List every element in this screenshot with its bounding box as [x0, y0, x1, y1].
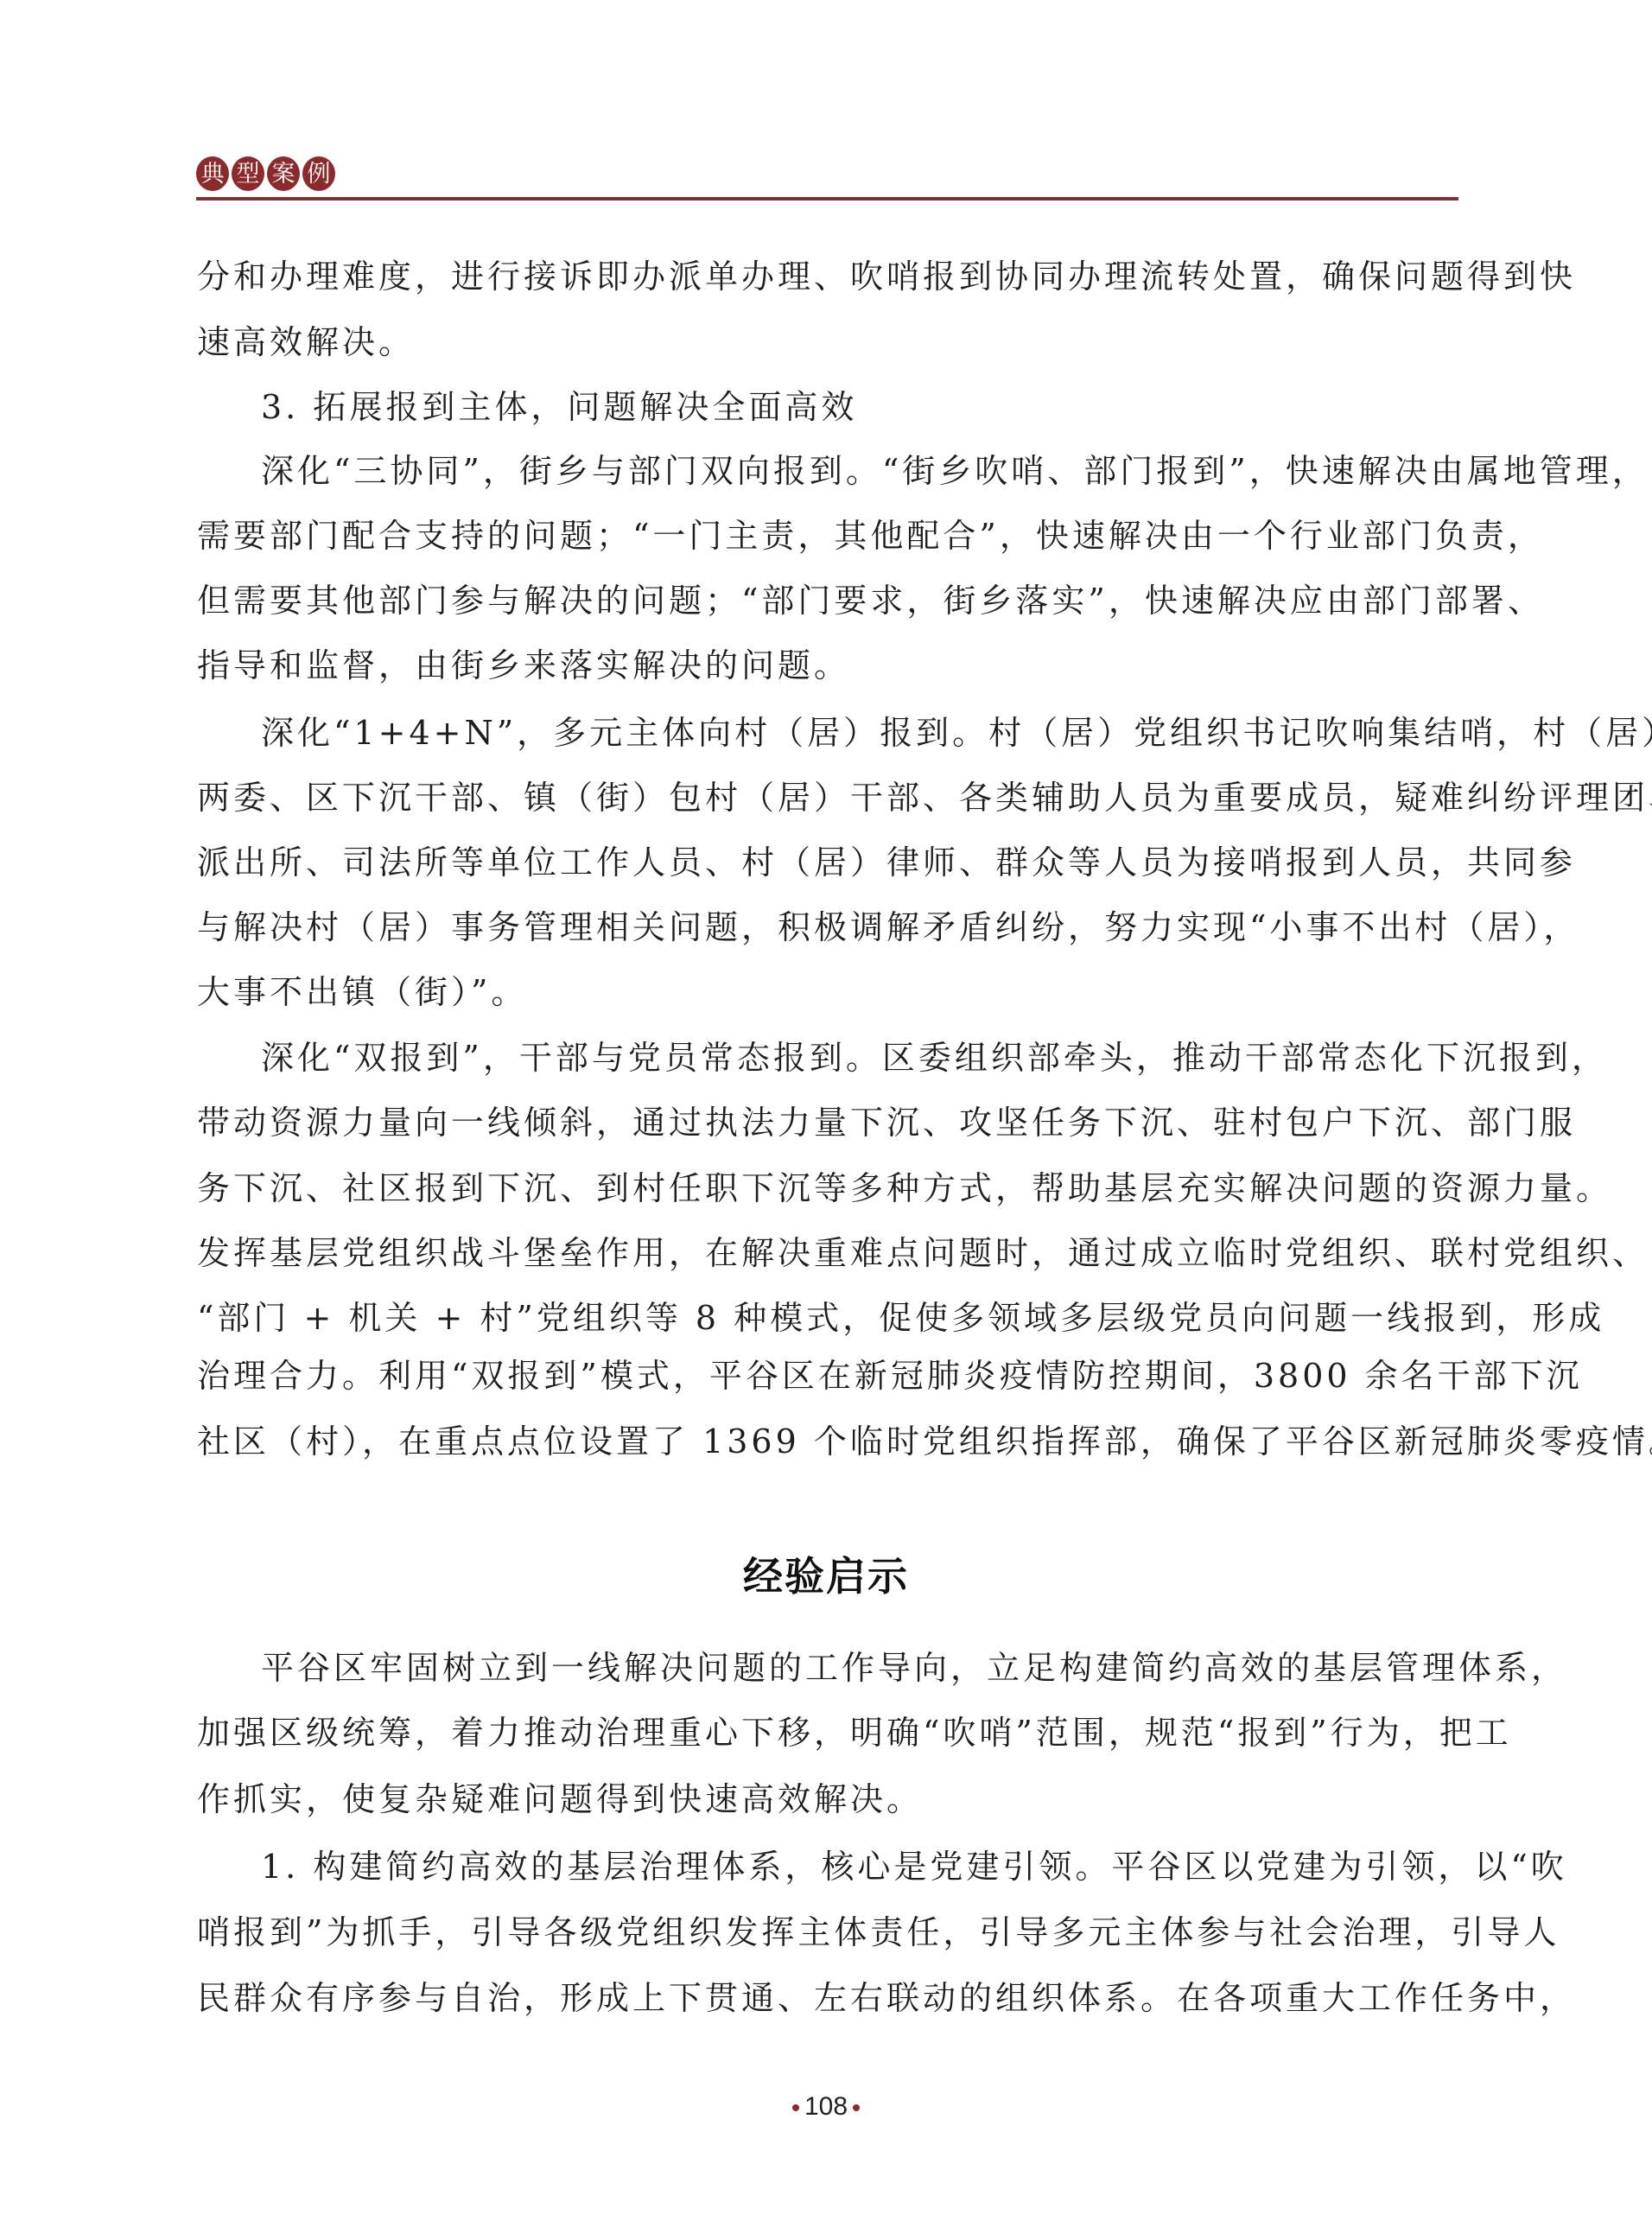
text-line: 大事不出镇（街）”。: [197, 971, 1460, 1013]
text-line: 1. 构建简约高效的基层治理体系，核心是党建引领。平谷区以党建为引领，以“吹: [261, 1846, 1460, 1887]
text-line: 作抓实，使复杂疑难问题得到快速高效解决。: [197, 1779, 1460, 1820]
text-line: 但需要其他部门参与解决的问题；“部门要求，街乡落实”，快速解决应由部门部署、: [197, 580, 1460, 621]
text-line: 3. 拓展报到主体，问题解决全面高效: [261, 386, 1460, 428]
text-line: 社区（村），在重点点位设置了 1369 个临时党组织指挥部，确保了平谷区新冠肺炎…: [197, 1421, 1460, 1462]
text-line: “部门 + 机关 + 村”党组织等 8 种模式，促使多领域多层级党员向问题一线报…: [197, 1297, 1460, 1339]
text-line: 两委、区下沉干部、镇（街）包村（居）干部、各类辅助人员为重要成员，疑难纠纷评理团…: [197, 777, 1460, 818]
section-heading: 经验启示: [0, 1552, 1652, 1600]
text-line: 需要部门配合支持的问题；“一门主责，其他配合”，快速解决由一个行业部门负责，: [197, 515, 1460, 557]
text-line: 指导和监督，由街乡来落实解决的问题。: [197, 645, 1460, 686]
text-line: 民群众有序参与自治，形成上下贯通、左右联动的组织体系。在各项重大工作任务中，: [197, 1977, 1460, 2019]
page-number-text: 108: [804, 2092, 848, 2121]
bullet-dot-icon: [853, 2104, 860, 2111]
text-line: 带动资源力量向一线倾斜，通过执法力量下沉、攻坚任务下沉、驻村包户下沉、部门服: [197, 1102, 1460, 1143]
text-line: 发挥基层党组织战斗堡垒作用，在解决重难点问题时，通过成立临时党组织、联村党组织、: [197, 1232, 1460, 1274]
text-line: 深化“双报到”，干部与党员常态报到。区委组织部牵头，推动干部常态化下沉报到，: [261, 1037, 1460, 1079]
text-line: 加强区级统筹，着力推动治理重心下移，明确“吹哨”范围，规范“报到”行为，把工: [197, 1712, 1460, 1753]
page-number: 108: [0, 2090, 1652, 2124]
header-badge: 例: [302, 156, 335, 191]
header-badge: 型: [232, 156, 264, 191]
text-line: 分和办理难度，进行接诉即办派单办理、吹哨报到协同办理流转处置，确保问题得到快: [197, 256, 1460, 297]
text-line: 哨报到”为抓手，引导各级党组织发挥主体责任，引导多元主体参与社会治理，引导人: [197, 1912, 1460, 1953]
text-line: 治理合力。利用“双报到”模式，平谷区在新冠肺炎疫情防控期间，3800 余名干部下…: [197, 1355, 1460, 1397]
text-line: 与解决村（居）事务管理相关问题，积极调解矛盾纠纷，努力实现“小事不出村（居），: [197, 907, 1460, 948]
header-badge: 案: [267, 156, 300, 191]
text-line: 务下沉、社区报到下沉、到村任职下沉等多种方式，帮助基层充实解决问题的资源力量。: [197, 1168, 1460, 1209]
text-line: 深化“1+4+N”，多元主体向村（居）报到。村（居）党组织书记吹响集结哨，村（居…: [261, 712, 1460, 754]
text-line: 速高效解决。: [197, 321, 1460, 363]
text-line: 派出所、司法所等单位工作人员、村（居）律师、群众等人员为接哨报到人员，共同参: [197, 842, 1460, 883]
bullet-dot-icon: [792, 2104, 799, 2111]
header-badge: 典: [196, 156, 229, 191]
document-page: 典 型 案 例 分和办理难度，进行接诉即办派单办理、吹哨报到协同办理流转处置，确…: [0, 0, 1652, 2240]
text-line: 深化“三协同”，街乡与部门双向报到。“街乡吹哨、部门报到”，快速解决由属地管理，: [261, 450, 1460, 492]
running-header: 典 型 案 例: [196, 156, 335, 191]
header-divider: [196, 197, 1458, 200]
text-line: 平谷区牢固树立到一线解决问题的工作导向，立足构建简约高效的基层管理体系，: [261, 1647, 1460, 1689]
